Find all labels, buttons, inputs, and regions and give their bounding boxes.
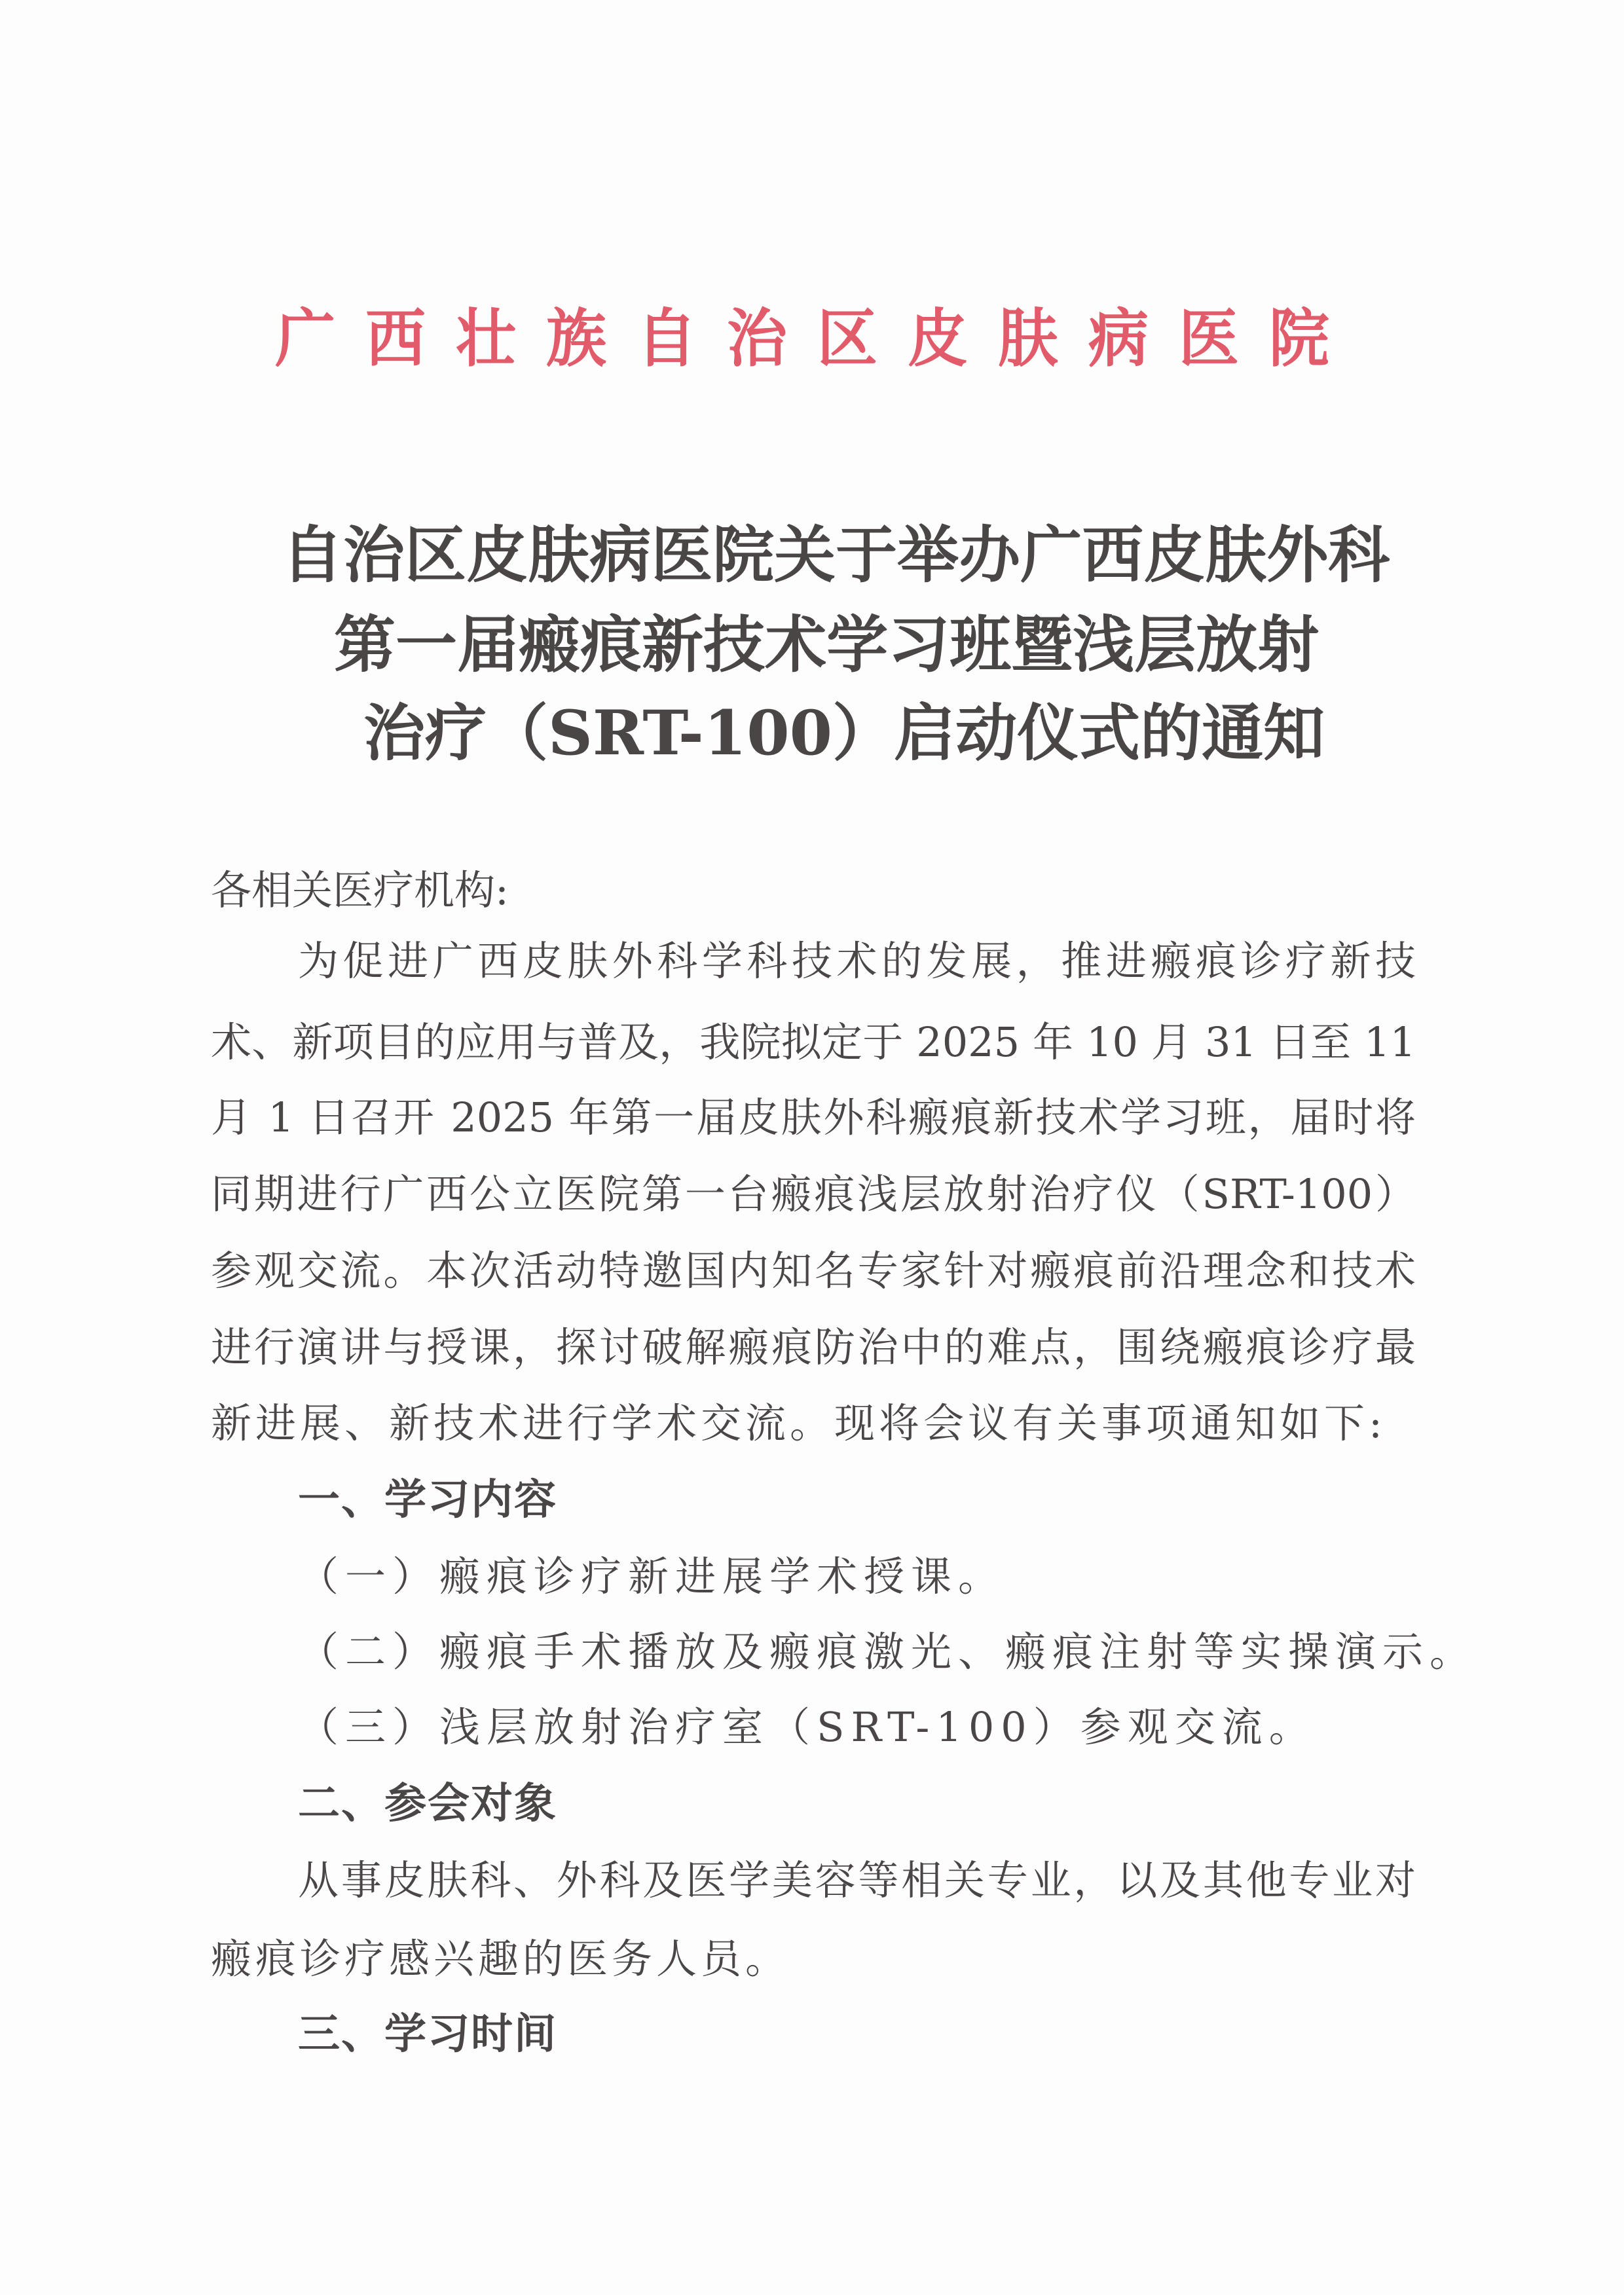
title-char: （ (487, 697, 548, 769)
title-char: 肤 (1205, 519, 1266, 591)
title-char: 式 (1079, 697, 1140, 769)
title-char: 外 (1266, 519, 1328, 591)
letterhead-char: 族 (546, 301, 606, 376)
title-char: 举 (897, 519, 959, 591)
letterhead-char: 院 (1269, 301, 1329, 376)
title-char: 通 (1202, 697, 1263, 769)
title-char: 的 (1140, 697, 1202, 769)
notice-title-line-3: 治疗（SRT-100）启动仪式的通知 (363, 697, 1270, 769)
title-char: 新 (642, 609, 703, 681)
participants-line: 从事皮肤科、外科及医学美容等相关专业，以及其他专业对 (298, 1851, 1416, 1910)
title-char: SRT-100 (548, 697, 832, 769)
title-char: 知 (1263, 697, 1325, 769)
notice-title-line-2: 第一届瘢痕新技术学习班暨浅层放射 (334, 609, 1300, 681)
title-char: 习 (888, 609, 950, 681)
title-char: 浅 (1073, 609, 1134, 681)
title-char: 一 (396, 609, 457, 681)
title-char: 动 (955, 697, 1017, 769)
content-item-2: （二）瘢痕手术播放及瘢痕激光、瘢痕注射等实操演示。 (298, 1623, 1416, 1681)
title-char: 暨 (1011, 609, 1073, 681)
title-char: 届 (457, 609, 519, 681)
title-char: 关 (774, 519, 836, 591)
content-item-3: （三）浅层放射治疗室（SRT-100）参观交流。 (298, 1698, 1416, 1757)
title-char: 学 (826, 609, 888, 681)
letterhead-char: 治 (727, 301, 787, 376)
letterhead-char: 壮 (456, 301, 516, 376)
letterhead-char: 区 (817, 301, 877, 376)
org-letterhead: 广西壮族自治区皮肤病医院 (275, 301, 1329, 376)
title-char: 广 (1020, 519, 1082, 591)
title-char: 瘢 (519, 609, 580, 681)
intro-line: 为促进广西皮肤外科学科技术的发展，推进瘢痕诊疗新技 (298, 932, 1416, 991)
participants-line: 瘢痕诊疗感兴趣的医务人员。 (211, 1930, 1416, 1989)
title-char: 治 (363, 697, 425, 769)
title-char: 病 (589, 519, 651, 591)
title-char: 医 (651, 519, 712, 591)
title-char: 西 (1082, 519, 1143, 591)
letterhead-char: 皮 (908, 301, 968, 376)
title-char: 于 (836, 519, 897, 591)
title-char: 启 (894, 697, 955, 769)
title-char: 皮 (1143, 519, 1205, 591)
title-char: 第 (334, 609, 396, 681)
title-char: ） (832, 697, 894, 769)
content-item-1: （一）瘢痕诊疗新进展学术授课。 (298, 1547, 1416, 1606)
intro-line: 进行演讲与授课，探讨破解瘢痕防治中的难点，围绕瘢痕诊疗最 (211, 1318, 1416, 1377)
title-char: 治 (343, 519, 405, 591)
notice-title-line-1: 自治区皮肤病医院关于举办广西皮肤外科 (282, 519, 1350, 591)
title-char: 肤 (528, 519, 589, 591)
title-char: 区 (405, 519, 466, 591)
letterhead-char: 医 (1179, 301, 1239, 376)
document-page: 广西壮族自治区皮肤病医院 自治区皮肤病医院关于举办广西皮肤外科 第一届瘢痕新技术… (0, 0, 1624, 2295)
letterhead-char: 病 (1088, 301, 1149, 376)
letterhead-char: 广 (275, 301, 335, 376)
title-char: 痕 (580, 609, 642, 681)
section-heading-schedule: 三、学习时间 (298, 2005, 1416, 2064)
title-char: 层 (1134, 609, 1196, 681)
title-char: 技 (703, 609, 765, 681)
letterhead-char: 西 (365, 301, 426, 376)
section-heading-participants: 二、参会对象 (298, 1774, 1416, 1833)
title-char: 射 (1257, 609, 1319, 681)
title-char: 院 (712, 519, 774, 591)
intro-line: 参观交流。本次活动特邀国内知名专家针对瘢痕前沿理念和技术 (211, 1241, 1416, 1300)
title-char: 皮 (466, 519, 528, 591)
intro-line: 新进展、新技术进行学术交流。现将会议有关事项通知如下: (211, 1394, 1416, 1453)
intro-line: 同期进行广西公立医院第一台瘢痕浅层放射治疗仪（SRT-100） (211, 1165, 1416, 1224)
title-char: 科 (1328, 519, 1390, 591)
title-char: 自 (282, 519, 343, 591)
title-char: 班 (950, 609, 1011, 681)
title-char: 疗 (425, 697, 487, 769)
title-char: 仪 (1017, 697, 1079, 769)
letterhead-char: 肤 (998, 301, 1058, 376)
letterhead-char: 自 (637, 301, 697, 376)
title-char: 办 (959, 519, 1020, 591)
intro-line: 月 1 日召开 2025 年第一届皮肤外科瘢痕新技术学习班，届时将 (211, 1088, 1416, 1147)
title-char: 放 (1196, 609, 1257, 681)
salutation: 各相关医疗机构: (211, 861, 1416, 920)
intro-line: 术、新项目的应用与普及，我院拟定于 2025 年 10 月 31 日至 11 (211, 1013, 1416, 1072)
section-heading-learning-content: 一、学习内容 (298, 1471, 1416, 1530)
title-char: 术 (765, 609, 826, 681)
